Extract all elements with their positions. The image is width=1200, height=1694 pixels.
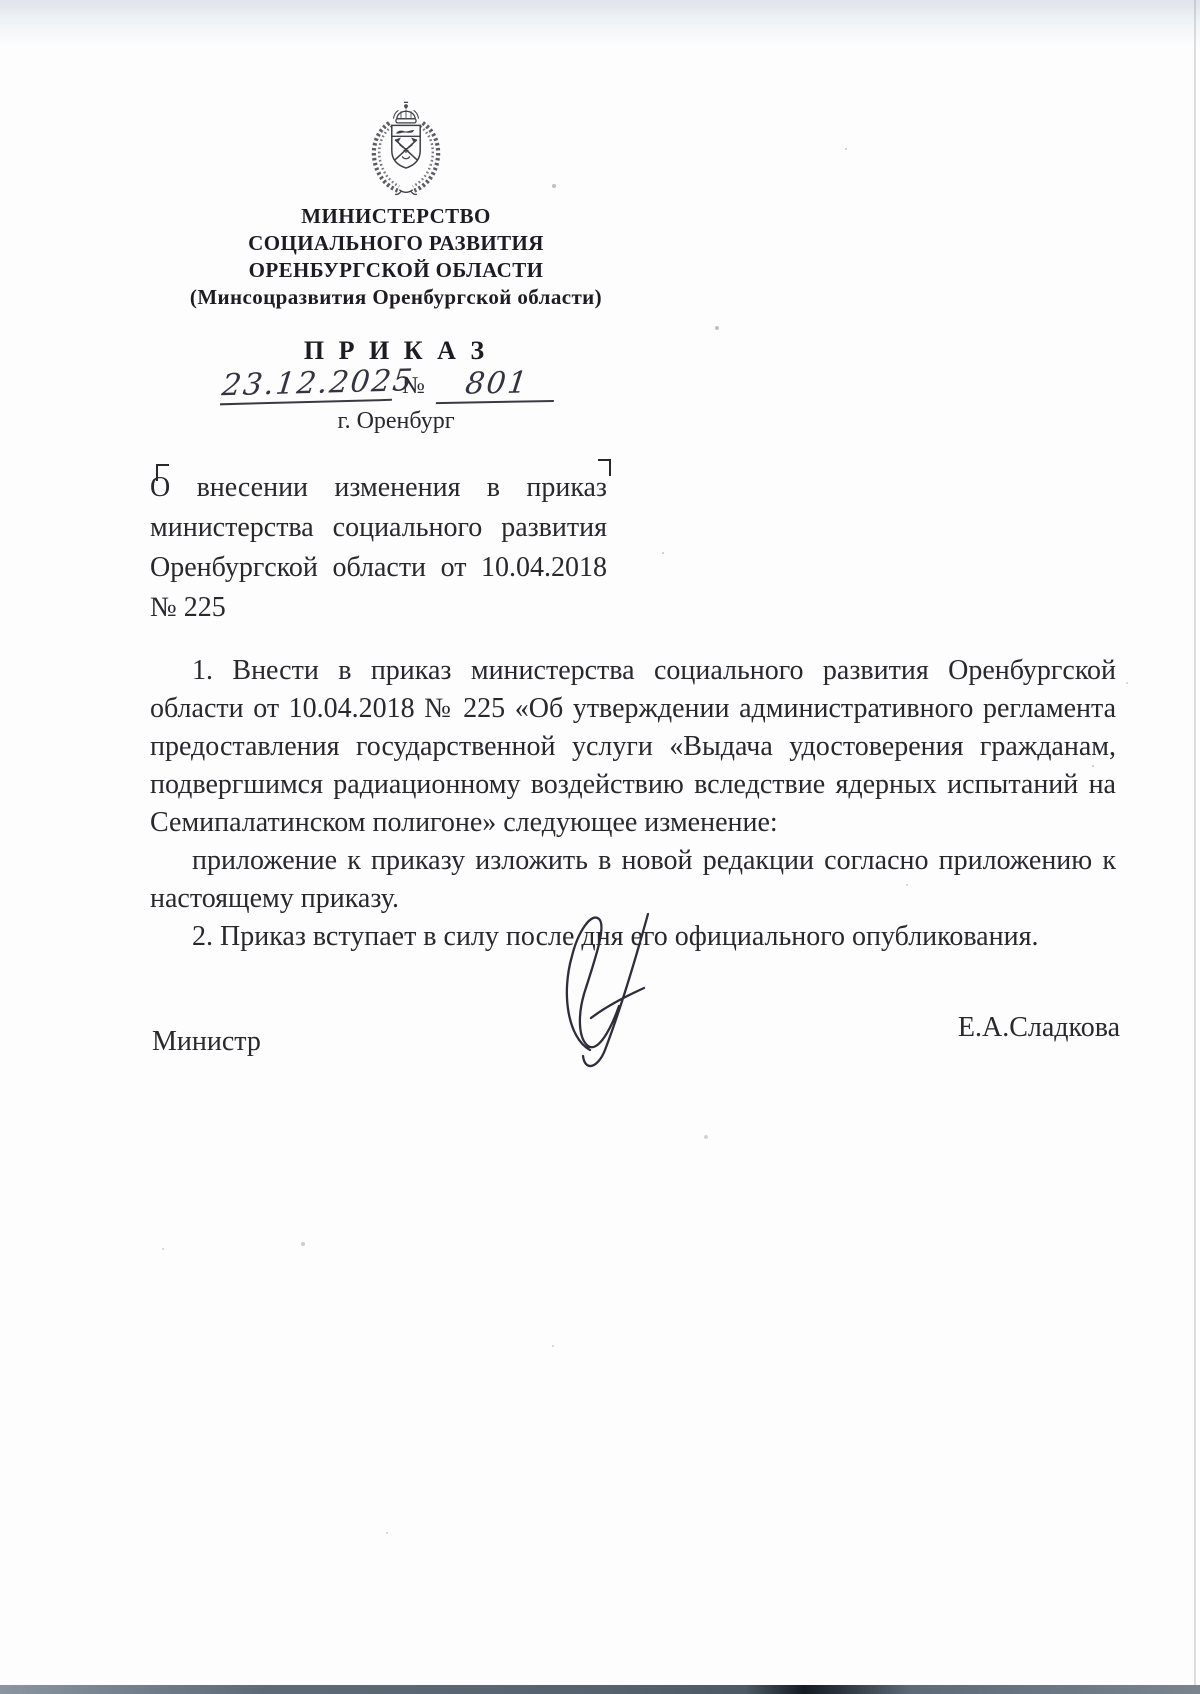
scanned-document-page: МИНИСТЕРСТВО СОЦИАЛЬНОГО РАЗВИТИЯ ОРЕНБУ… — [0, 0, 1200, 1694]
subject-block: О внесении изменения в приказ министерст… — [150, 468, 607, 628]
number-sign: № — [402, 373, 425, 400]
letterhead-org-name: МИНИСТЕРСТВО СОЦИАЛЬНОГО РАЗВИТИЯ ОРЕНБУ… — [150, 203, 642, 311]
scan-top-shadow — [0, 0, 1200, 46]
handwritten-number: 801 — [436, 365, 559, 404]
signoff-row: Министр Е.А.Сладкова — [150, 1026, 1120, 1062]
subject-line: № 225 — [150, 588, 607, 628]
body-paragraph-1: 1. Внести в приказ министерства социальн… — [150, 652, 1116, 842]
signer-position: Министр — [152, 1026, 261, 1058]
subject-line: министерства социального развития — [150, 508, 607, 548]
subject-line: О внесении изменения в приказ — [150, 468, 607, 508]
org-name-line: ОРЕНБУРГСКОЙ ОБЛАСТИ — [150, 257, 642, 284]
date-and-number-row: 23.12.2025 № 801 — [150, 366, 642, 410]
org-name-line: МИНИСТЕРСТВО — [150, 203, 642, 230]
corner-mark-right-icon — [598, 459, 611, 476]
scan-noise-specks — [0, 0, 2, 2]
orenburg-region-coat-of-arms-icon — [360, 96, 452, 200]
subject-line: Оренбургской области от 10.04.2018 — [150, 548, 607, 588]
city-line: г. Оренбург — [150, 408, 642, 435]
scan-bottom-edge — [0, 1685, 1200, 1694]
org-short-name-line: (Минсоцразвития Оренбургской области) — [150, 284, 642, 311]
scan-right-edge — [1194, 0, 1196, 1694]
handwritten-date: 23.12.2025 — [220, 364, 396, 406]
signer-name: Е.А.Сладкова — [958, 1012, 1120, 1044]
corner-mark-left-icon — [156, 464, 169, 481]
org-name-line: СОЦИАЛЬНОГО РАЗВИТИЯ — [150, 230, 642, 257]
document-type-title: П Р И К А З — [150, 336, 642, 366]
